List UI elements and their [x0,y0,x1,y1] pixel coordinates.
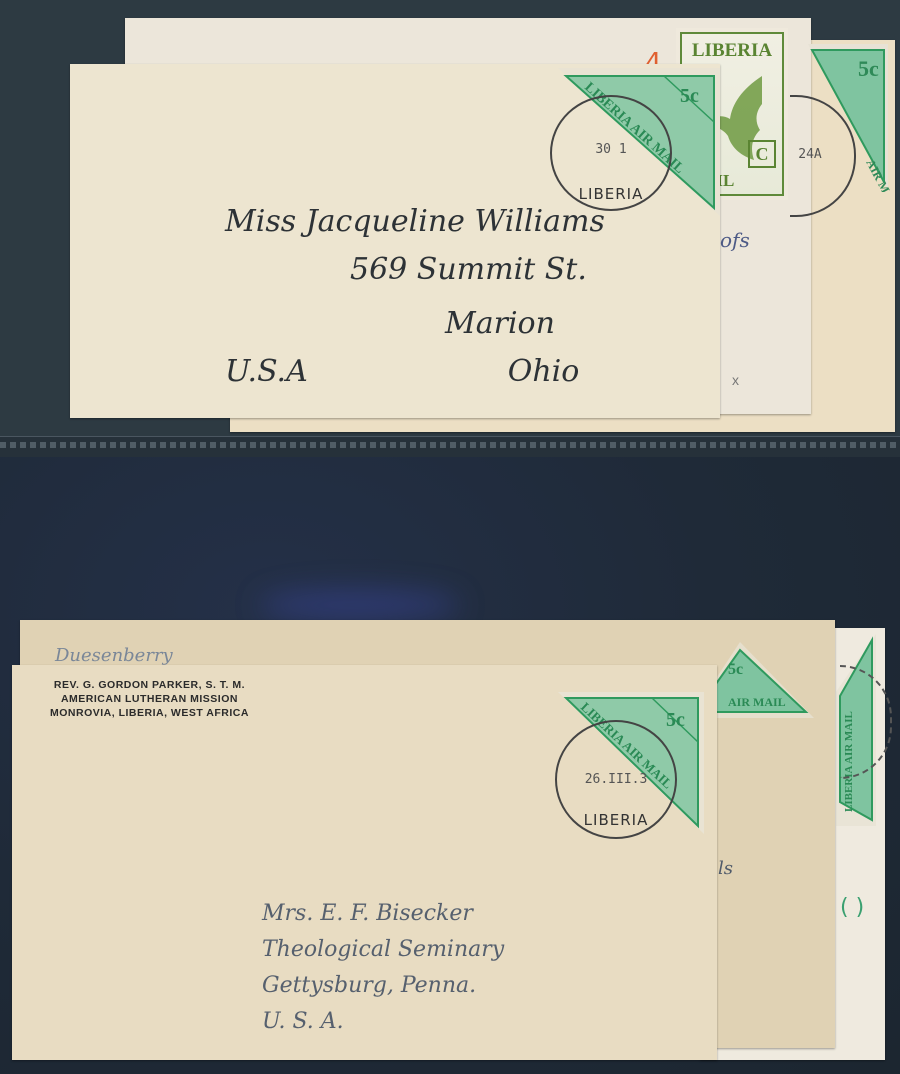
address-line: Marion [445,300,605,348]
album-strip-divider [0,436,900,458]
handwritten-note: ls [718,858,733,879]
address-line: Gettysburg, Penna. [262,968,504,1004]
address-line: U.S.A [225,354,308,389]
address-line: U. S. A. [262,1004,504,1040]
pencil-x-mark: x [732,372,739,388]
svg-text:5c: 5c [728,661,743,678]
postmark-top-front: 30 1 LIBERIA [550,95,672,211]
green-mark: ( ) [840,895,864,920]
recipient-address-top: Miss Jacqueline Williams 569 Summit St. … [225,198,605,396]
svg-text:AIR MAIL: AIR MAIL [728,695,786,709]
recipient-address-bottom: Mrs. E. F. Bisecker Theological Seminary… [262,896,504,1040]
address-line: Theological Seminary [262,932,504,968]
svg-text:5c: 5c [666,709,685,731]
svg-text:5c: 5c [858,56,879,81]
svg-text:5c: 5c [680,85,699,107]
pencil-note: Duesenberry [55,645,173,666]
address-line: 569 Summit St. [350,246,605,294]
light-reflection [260,590,460,620]
address-line: Mrs. E. F. Bisecker [262,896,504,932]
postmark-bottom-front: 26.III.3 LIBERIA [555,720,677,839]
address-line: Miss Jacqueline Williams [225,198,605,246]
address-line: Ohio [508,348,580,396]
return-address: REV. G. GORDON PARKER, S. T. M. AMERICAN… [50,678,249,720]
handwritten-note: ofs [720,228,750,252]
